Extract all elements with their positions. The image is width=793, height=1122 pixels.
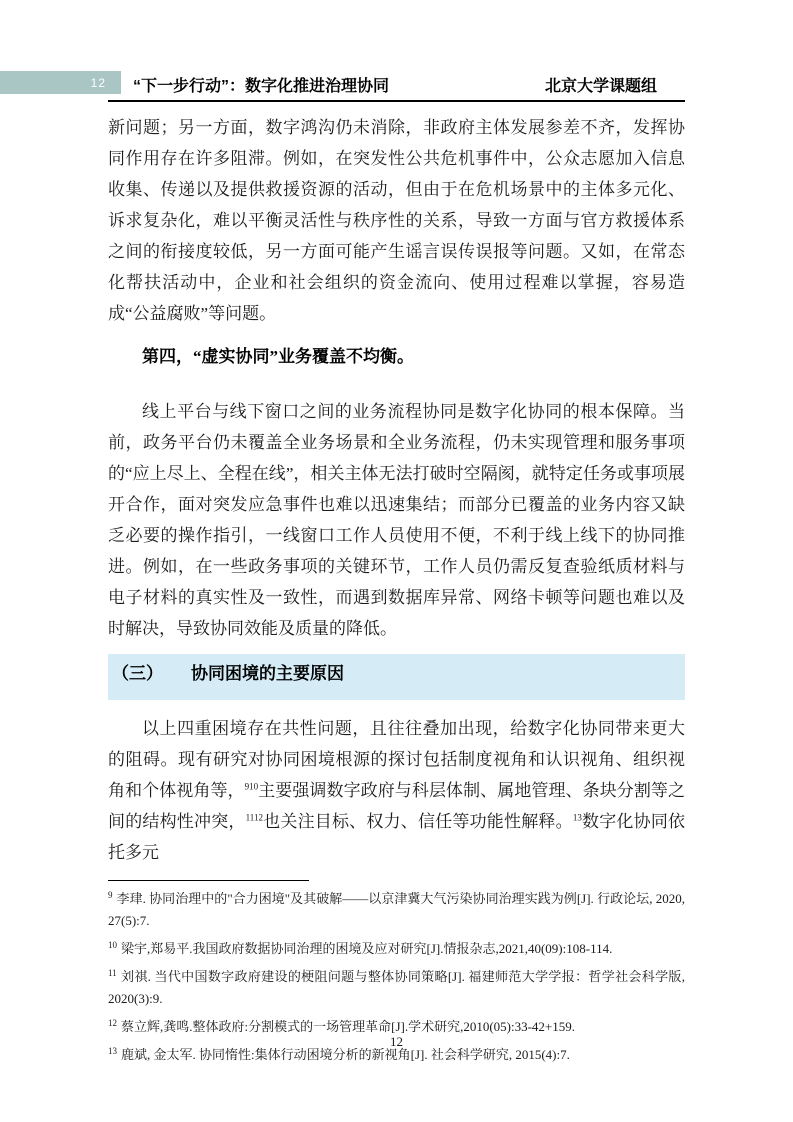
document-page: 12 “下一步行动”：数字化推进治理协同 北京大学课题组 新问题；另一方面，数字…	[0, 0, 793, 1122]
header-page-number: 12	[91, 76, 106, 90]
body-content: 新问题；另一方面，数字鸿沟仍未消除，非政府主体发展参差不齐，发挥协同作用存在许多…	[108, 112, 685, 1072]
footnote-item-11: 11刘祺. 当代中国数字政府建设的梗阻问题与整体协同策略[J]. 福建师范大学学…	[108, 966, 685, 1010]
footnote-number: 9	[108, 890, 113, 900]
footnote-text: 梁宇,郑易平.我国政府数据协同治理的困境及应对研究[J].情报杂志,2021,4…	[121, 941, 612, 956]
footnote-separator	[108, 880, 309, 881]
footer-page-number: 12	[0, 1034, 793, 1050]
footnote-number: 12	[108, 1018, 117, 1028]
section-heading-title: 协同困境的主要原因	[191, 664, 344, 683]
header-document-title: “下一步行动”：数字化推进治理协同	[133, 73, 389, 96]
body-paragraph-3: 以上四重困境存在共性问题，且往往叠加出现，给数字化协同带来更大的阻碍。现有研究对…	[108, 713, 685, 868]
body-paragraph-2: 线上平台与线下窗口之间的业务流程协同是数字化协同的根本保障。当前，政务平台仍未覆…	[108, 396, 685, 644]
footnote-text: 刘祺. 当代中国数字政府建设的梗阻问题与整体协同策略[J]. 福建师范大学学报：…	[108, 969, 685, 1006]
body-paragraph-1: 新问题；另一方面，数字鸿沟仍未消除，非政府主体发展参差不齐，发挥协同作用存在许多…	[108, 112, 685, 329]
footnote-number: 11	[108, 968, 117, 978]
subheading-fourth-point: 第四，“虚实协同”业务覆盖不均衡。	[108, 341, 685, 372]
footnote-text: 蔡立辉,龚鸣.整体政府:分割模式的一场管理革命[J].学术研究,2010(05)…	[121, 1019, 575, 1034]
footnote-item-10: 10梁宇,郑易平.我国政府数据协同治理的困境及应对研究[J].情报杂志,2021…	[108, 938, 685, 960]
section-heading-bar: （三）协同困境的主要原因	[108, 654, 685, 700]
footnote-number: 10	[108, 940, 117, 950]
footnote-item-9: 9李珒. 协同治理中的"合力困境"及其破解——以京津冀大气污染协同治理实践为例[…	[108, 888, 685, 932]
header-page-number-badge: 12	[0, 71, 121, 94]
section-heading-label: （三）	[112, 664, 163, 683]
footnote-text: 李珒. 协同治理中的"合力困境"及其破解——以京津冀大气污染协同治理实践为例[J…	[108, 891, 685, 928]
header-affiliation: 北京大学课题组	[545, 73, 657, 96]
header-rule	[108, 100, 685, 102]
